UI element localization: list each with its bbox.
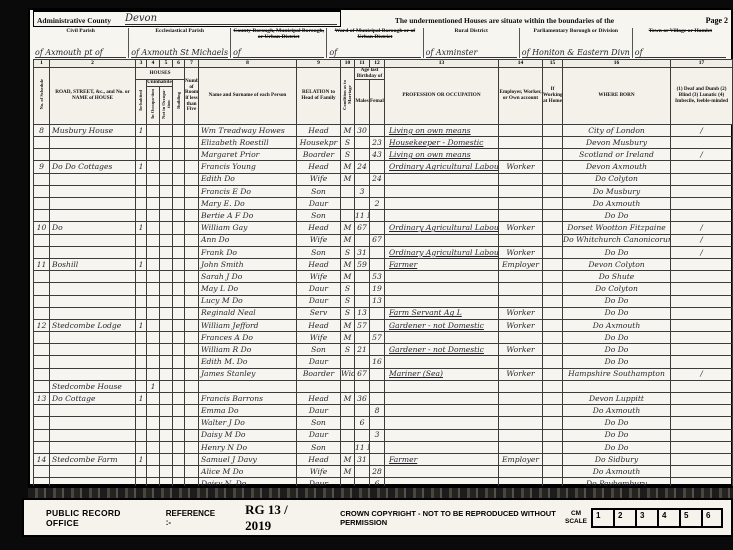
- cell-infirmity: [671, 466, 733, 478]
- administrative-county-label: Administrative County: [37, 16, 111, 25]
- cell-at_home: [543, 405, 563, 417]
- cell-schedule: [34, 210, 50, 222]
- cell-inhabited: [136, 380, 147, 392]
- table-row: Edith DoWifeM24Do Colyton: [34, 173, 733, 185]
- cell-condition: S: [341, 344, 355, 356]
- cell-employer: [499, 271, 543, 283]
- cell-schedule: [34, 405, 50, 417]
- cell-building: [173, 466, 185, 478]
- cell-infirmity: [671, 283, 733, 295]
- cell-inhabited: [136, 307, 147, 319]
- cell-rooms: [185, 307, 199, 319]
- cell-building: [173, 258, 185, 270]
- cell-rooms: [185, 258, 199, 270]
- cell-address: [50, 356, 136, 368]
- col-age-females: Females: [370, 80, 385, 124]
- column-number: 5: [160, 60, 173, 68]
- cell-occupation: Living on own means: [385, 124, 499, 136]
- column-number: 7: [185, 60, 199, 68]
- cell-occupation: Ordinary Agricultural Labourer: [385, 246, 499, 258]
- cell-rooms: [185, 271, 199, 283]
- cell-infirmity: [671, 173, 733, 185]
- cell-uninh_occ: [147, 332, 160, 344]
- cell-name: Francis E Do: [199, 185, 297, 197]
- cell-relation: Boarder: [297, 368, 341, 380]
- cell-uninh_occ: [147, 283, 160, 295]
- cell-uninh_not: [160, 149, 173, 161]
- cell-at_home: [543, 393, 563, 405]
- cell-schedule: [34, 368, 50, 380]
- cell-rooms: [185, 185, 199, 197]
- cell-inhabited: [136, 210, 147, 222]
- cell-address: [50, 307, 136, 319]
- cell-born: Hampshire Southampton: [563, 368, 671, 380]
- cell-name: Reginald Neal: [199, 307, 297, 319]
- cell-building: [173, 429, 185, 441]
- cell-age_f: 24: [370, 173, 385, 185]
- cell-age_f: 23: [370, 137, 385, 149]
- cell-uninh_not: [160, 393, 173, 405]
- cell-name: Wm Treadway Howes: [199, 124, 297, 136]
- cell-address: Stedcombe Farm: [50, 453, 136, 465]
- cell-schedule: [34, 441, 50, 453]
- cell-born: Do Do: [563, 210, 671, 222]
- cell-condition: M: [341, 234, 355, 246]
- cell-address: [50, 441, 136, 453]
- cell-infirmity: [671, 344, 733, 356]
- cell-address: [50, 466, 136, 478]
- cell-occupation: [385, 173, 499, 185]
- cell-born: Devon Colyton: [563, 258, 671, 270]
- cell-age_f: [370, 161, 385, 173]
- cell-condition: M: [341, 124, 355, 136]
- cell-age_m: [355, 271, 370, 283]
- col-infirmity: (1) Deaf and Dumb (2) Blind (3) Lunatic …: [671, 68, 733, 125]
- table-row: Reginald NealServS13Farm Servant Ag LWor…: [34, 307, 733, 319]
- cell-uninh_not: [160, 161, 173, 173]
- cell-employer: [499, 137, 543, 149]
- cell-age_m: 3: [355, 185, 370, 197]
- cell-occupation: Gardener - not Domestic: [385, 344, 499, 356]
- col-not-in-occupation: Not in Occupa-tion: [160, 87, 173, 125]
- column-headers-row: No. of Schedule ROAD, STREET, &c., and N…: [34, 68, 733, 80]
- cell-born: [563, 380, 671, 392]
- census-form: Administrative County Devon The undermen…: [28, 8, 733, 486]
- table-row: William R DoSonS21Gardener - not Domesti…: [34, 344, 733, 356]
- cell-rooms: [185, 417, 199, 429]
- cell-age_m: [355, 234, 370, 246]
- column-number: 16: [563, 60, 671, 68]
- reference-value: RG 13 / 2019: [245, 502, 306, 534]
- cell-age_m: 57: [355, 319, 370, 331]
- cell-uninh_not: [160, 124, 173, 136]
- header-field-value: of: [635, 48, 726, 58]
- cell-inhabited: 1: [136, 222, 147, 234]
- cell-infirmity: /: [671, 149, 733, 161]
- cell-name: Ann Do: [199, 234, 297, 246]
- cell-born: Do Shute: [563, 271, 671, 283]
- cell-employer: [499, 429, 543, 441]
- cell-occupation: [385, 283, 499, 295]
- cell-age_f: 57: [370, 332, 385, 344]
- cell-building: [173, 393, 185, 405]
- cell-infirmity: [671, 185, 733, 197]
- cell-inhabited: [136, 356, 147, 368]
- cell-age_m: 36: [355, 393, 370, 405]
- table-row: Lucy M DoDaurS13Do Do: [34, 295, 733, 307]
- cell-uninh_occ: [147, 222, 160, 234]
- cm-scale-ruler: 123456: [591, 508, 723, 528]
- cell-employer: [499, 356, 543, 368]
- cell-schedule: [34, 173, 50, 185]
- cell-name: [199, 380, 297, 392]
- cell-name: Lucy M Do: [199, 295, 297, 307]
- cell-occupation: [385, 405, 499, 417]
- office-label: PUBLIC RECORD OFFICE: [46, 508, 140, 528]
- cell-age_m: [355, 380, 370, 392]
- table-row: Henry N DoSon11 MoDo Do: [34, 441, 733, 453]
- cell-address: [50, 234, 136, 246]
- table-row: Elizabeth RoestillHousekprS23Housekeeper…: [34, 137, 733, 149]
- cell-rooms: [185, 222, 199, 234]
- cell-age_f: [370, 393, 385, 405]
- column-number: 17: [671, 60, 733, 68]
- census-table: 1234567891011121314151617 No. of Schedul…: [33, 59, 733, 508]
- header-field-value: of: [233, 48, 324, 58]
- cell-name: Frances A Do: [199, 332, 297, 344]
- cell-age_m: 31: [355, 246, 370, 258]
- col-condition: Condition as to Marriage: [341, 68, 355, 125]
- cell-at_home: [543, 173, 563, 185]
- page-number: Page 2: [668, 16, 728, 27]
- cell-occupation: [385, 271, 499, 283]
- cell-building: [173, 368, 185, 380]
- cell-age_m: 59: [355, 258, 370, 270]
- cell-condition: M: [341, 319, 355, 331]
- cell-born: Do Do: [563, 307, 671, 319]
- cell-age_f: 53: [370, 271, 385, 283]
- cell-infirmity: [671, 295, 733, 307]
- cell-address: Do Cottage: [50, 393, 136, 405]
- cell-uninh_occ: [147, 234, 160, 246]
- cell-rooms: [185, 441, 199, 453]
- cell-at_home: [543, 271, 563, 283]
- cell-born: Do Whitchurch Canonicorum: [563, 234, 671, 246]
- cell-inhabited: [136, 405, 147, 417]
- cell-uninh_occ: [147, 441, 160, 453]
- cell-relation: Daur: [297, 198, 341, 210]
- cell-age_m: [355, 405, 370, 417]
- cell-uninh_occ: [147, 124, 160, 136]
- cell-infirmity: [671, 393, 733, 405]
- cell-inhabited: 1: [136, 124, 147, 136]
- cell-building: [173, 380, 185, 392]
- cell-condition: S: [341, 137, 355, 149]
- cell-infirmity: [671, 356, 733, 368]
- cell-employer: [499, 380, 543, 392]
- cell-employer: [499, 234, 543, 246]
- cell-schedule: [34, 466, 50, 478]
- cell-uninh_not: [160, 198, 173, 210]
- cell-uninh_not: [160, 429, 173, 441]
- cell-occupation: Farm Servant Ag L: [385, 307, 499, 319]
- table-row: 11Boshill1John SmithHeadM59FarmerEmploye…: [34, 258, 733, 270]
- cell-inhabited: 1: [136, 258, 147, 270]
- cell-relation: Housekpr: [297, 137, 341, 149]
- cell-uninh_occ: [147, 246, 160, 258]
- cell-employer: [499, 185, 543, 197]
- cell-employer: [499, 393, 543, 405]
- cell-age_m: [355, 429, 370, 441]
- cell-name: Margaret Prior: [199, 149, 297, 161]
- reference-label: REFERENCE :-: [166, 509, 215, 527]
- cell-schedule: [34, 149, 50, 161]
- cell-name: William Jefford: [199, 319, 297, 331]
- cell-uninh_occ: [147, 161, 160, 173]
- table-row: Frances A DoWifeM57Do Do: [34, 332, 733, 344]
- cell-building: [173, 417, 185, 429]
- cell-age_f: 28: [370, 466, 385, 478]
- cell-occupation: Mariner (Sea): [385, 368, 499, 380]
- cell-name: Sarah J Do: [199, 271, 297, 283]
- table-row: Bertie A F DoSon11 MoDo Do: [34, 210, 733, 222]
- cell-uninh_not: [160, 405, 173, 417]
- cell-name: Bertie A F Do: [199, 210, 297, 222]
- cell-employer: [499, 198, 543, 210]
- cell-at_home: [543, 210, 563, 222]
- cell-age_f: 19: [370, 283, 385, 295]
- cell-age_f: 67: [370, 234, 385, 246]
- cell-name: Samuel J Davy: [199, 453, 297, 465]
- cell-condition: [341, 356, 355, 368]
- cell-uninh_not: [160, 332, 173, 344]
- header-field-label: Civil Parish: [35, 28, 126, 34]
- cell-building: [173, 283, 185, 295]
- cell-address: Stedcombe House: [50, 380, 136, 392]
- cell-inhabited: [136, 137, 147, 149]
- cell-name: William Gay: [199, 222, 297, 234]
- cell-employer: Worker: [499, 368, 543, 380]
- cell-at_home: [543, 453, 563, 465]
- cell-age_f: [370, 453, 385, 465]
- cell-age_m: 67: [355, 368, 370, 380]
- column-number: 6: [173, 60, 185, 68]
- cell-uninh_occ: [147, 393, 160, 405]
- cell-age_m: 67: [355, 222, 370, 234]
- cell-relation: [297, 380, 341, 392]
- cell-occupation: [385, 198, 499, 210]
- cell-uninh_occ: [147, 356, 160, 368]
- table-row: Frank DoSonS31Ordinary Agricultural Labo…: [34, 246, 733, 258]
- cell-uninh_not: [160, 222, 173, 234]
- cell-building: [173, 173, 185, 185]
- cell-infirmity: [671, 417, 733, 429]
- cell-condition: M: [341, 173, 355, 185]
- cell-infirmity: [671, 332, 733, 344]
- cell-schedule: 11: [34, 258, 50, 270]
- header-top-row: Administrative County Devon The undermen…: [33, 11, 728, 27]
- cm-scale: CM SCALE 123456: [565, 508, 723, 528]
- cell-schedule: [34, 137, 50, 149]
- cell-employer: [499, 417, 543, 429]
- cell-building: [173, 137, 185, 149]
- cell-at_home: [543, 429, 563, 441]
- cell-address: [50, 149, 136, 161]
- cell-address: [50, 295, 136, 307]
- cell-uninh_occ: [147, 405, 160, 417]
- cell-uninh_occ: [147, 368, 160, 380]
- column-number: 12: [370, 60, 385, 68]
- cell-relation: Son: [297, 185, 341, 197]
- table-row: 9Do Do Cottages1Francis YoungHeadM24Ordi…: [34, 161, 733, 173]
- cell-born: Do Axmouth: [563, 405, 671, 417]
- cell-age_m: [355, 332, 370, 344]
- cell-schedule: [34, 380, 50, 392]
- column-number: 15: [543, 60, 563, 68]
- header-field: Parliamentary Borough or Divisionof Honi…: [520, 28, 633, 58]
- cell-schedule: 13: [34, 393, 50, 405]
- cell-age_f: [370, 124, 385, 136]
- cm-scale-cell: 4: [657, 508, 679, 528]
- cell-relation: Wife: [297, 271, 341, 283]
- cm-scale-cell: 1: [591, 508, 613, 528]
- cell-schedule: [34, 198, 50, 210]
- cell-name: Alice M Do: [199, 466, 297, 478]
- table-row: 10Do1William GayHeadM67Ordinary Agricult…: [34, 222, 733, 234]
- cell-name: Mary E. Do: [199, 198, 297, 210]
- column-number: 14: [499, 60, 543, 68]
- cell-address: [50, 185, 136, 197]
- cell-rooms: [185, 198, 199, 210]
- cell-address: [50, 344, 136, 356]
- cell-rooms: [185, 124, 199, 136]
- public-record-office-bar: PUBLIC RECORD OFFICE REFERENCE :- RG 13 …: [22, 498, 733, 537]
- cell-employer: Worker: [499, 307, 543, 319]
- cell-age_f: [370, 380, 385, 392]
- cell-name: Elizabeth Roestill: [199, 137, 297, 149]
- cell-age_f: [370, 210, 385, 222]
- cell-age_f: 43: [370, 149, 385, 161]
- cm-scale-cell: 3: [635, 508, 657, 528]
- cell-inhabited: 1: [136, 319, 147, 331]
- cell-occupation: [385, 210, 499, 222]
- cell-schedule: [34, 307, 50, 319]
- cell-rooms: [185, 344, 199, 356]
- cell-age_f: [370, 344, 385, 356]
- cell-uninh_not: [160, 173, 173, 185]
- cell-uninh_occ: 1: [147, 380, 160, 392]
- cell-at_home: [543, 222, 563, 234]
- cell-born: Devon Axmouth: [563, 161, 671, 173]
- cell-rooms: [185, 234, 199, 246]
- cell-building: [173, 356, 185, 368]
- cell-inhabited: [136, 149, 147, 161]
- cell-address: [50, 283, 136, 295]
- cell-occupation: [385, 185, 499, 197]
- cell-employer: [499, 405, 543, 417]
- header-field-value: of: [329, 48, 420, 58]
- col-inhabited: In-habited: [136, 80, 147, 124]
- header-field-label: Parliamentary Borough or Division: [522, 28, 630, 34]
- col-schedule: No. of Schedule: [34, 68, 50, 125]
- table-row: Edith M. DoDaur16Do Do: [34, 356, 733, 368]
- column-number: 3: [136, 60, 147, 68]
- cell-schedule: 12: [34, 319, 50, 331]
- table-row: Ann DoWifeM67Do Whitchurch Canonicorum/: [34, 234, 733, 246]
- cell-relation: Wife: [297, 173, 341, 185]
- cell-uninh_occ: [147, 417, 160, 429]
- table-row: Sarah J DoWifeM53Do Shute: [34, 271, 733, 283]
- cell-inhabited: [136, 332, 147, 344]
- cell-uninh_not: [160, 271, 173, 283]
- cell-employer: Employer: [499, 258, 543, 270]
- cell-at_home: [543, 258, 563, 270]
- cell-uninh_occ: [147, 198, 160, 210]
- column-number: 13: [385, 60, 499, 68]
- cell-building: [173, 332, 185, 344]
- cell-schedule: [34, 344, 50, 356]
- col-age-group: Age last Birthday of: [355, 68, 385, 80]
- cell-employer: [499, 332, 543, 344]
- cell-relation: Wife: [297, 466, 341, 478]
- cell-age_f: [370, 222, 385, 234]
- cell-address: [50, 417, 136, 429]
- cell-relation: Daur: [297, 283, 341, 295]
- cell-building: [173, 198, 185, 210]
- cell-age_f: 13: [370, 295, 385, 307]
- cell-condition: [341, 198, 355, 210]
- cell-building: [173, 271, 185, 283]
- cell-uninh_occ: [147, 137, 160, 149]
- table-row: Daisy M DoDaur3Do Do: [34, 429, 733, 441]
- cell-building: [173, 405, 185, 417]
- cell-infirmity: [671, 319, 733, 331]
- cell-age_m: [355, 295, 370, 307]
- cell-occupation: [385, 295, 499, 307]
- cell-occupation: [385, 441, 499, 453]
- column-number: 4: [147, 60, 160, 68]
- cell-uninh_not: [160, 307, 173, 319]
- cell-uninh_occ: [147, 295, 160, 307]
- cell-born: Dorset Wootton Fitzpaine: [563, 222, 671, 234]
- cell-rooms: [185, 380, 199, 392]
- cell-uninh_not: [160, 344, 173, 356]
- cell-occupation: [385, 417, 499, 429]
- cell-born: Do Do: [563, 356, 671, 368]
- cell-address: [50, 173, 136, 185]
- cell-age_f: 16: [370, 356, 385, 368]
- cell-occupation: [385, 429, 499, 441]
- col-at-home: If Working at Home: [543, 68, 563, 125]
- cell-relation: Wife: [297, 332, 341, 344]
- cell-at_home: [543, 234, 563, 246]
- cell-uninh_occ: [147, 258, 160, 270]
- header-field-label: Rural District: [426, 28, 517, 34]
- cell-condition: [341, 210, 355, 222]
- cell-born: Do Do: [563, 441, 671, 453]
- cell-address: [50, 368, 136, 380]
- cell-at_home: [543, 466, 563, 478]
- cell-born: Scotland or Ireland: [563, 149, 671, 161]
- cell-schedule: [34, 271, 50, 283]
- cell-inhabited: [136, 271, 147, 283]
- table-row: Francis E DoSon3Do Musbury: [34, 185, 733, 197]
- cell-age_m: 13: [355, 307, 370, 319]
- cell-age_f: [370, 185, 385, 197]
- cell-age_m: [355, 356, 370, 368]
- cell-age_f: [370, 441, 385, 453]
- cell-at_home: [543, 246, 563, 258]
